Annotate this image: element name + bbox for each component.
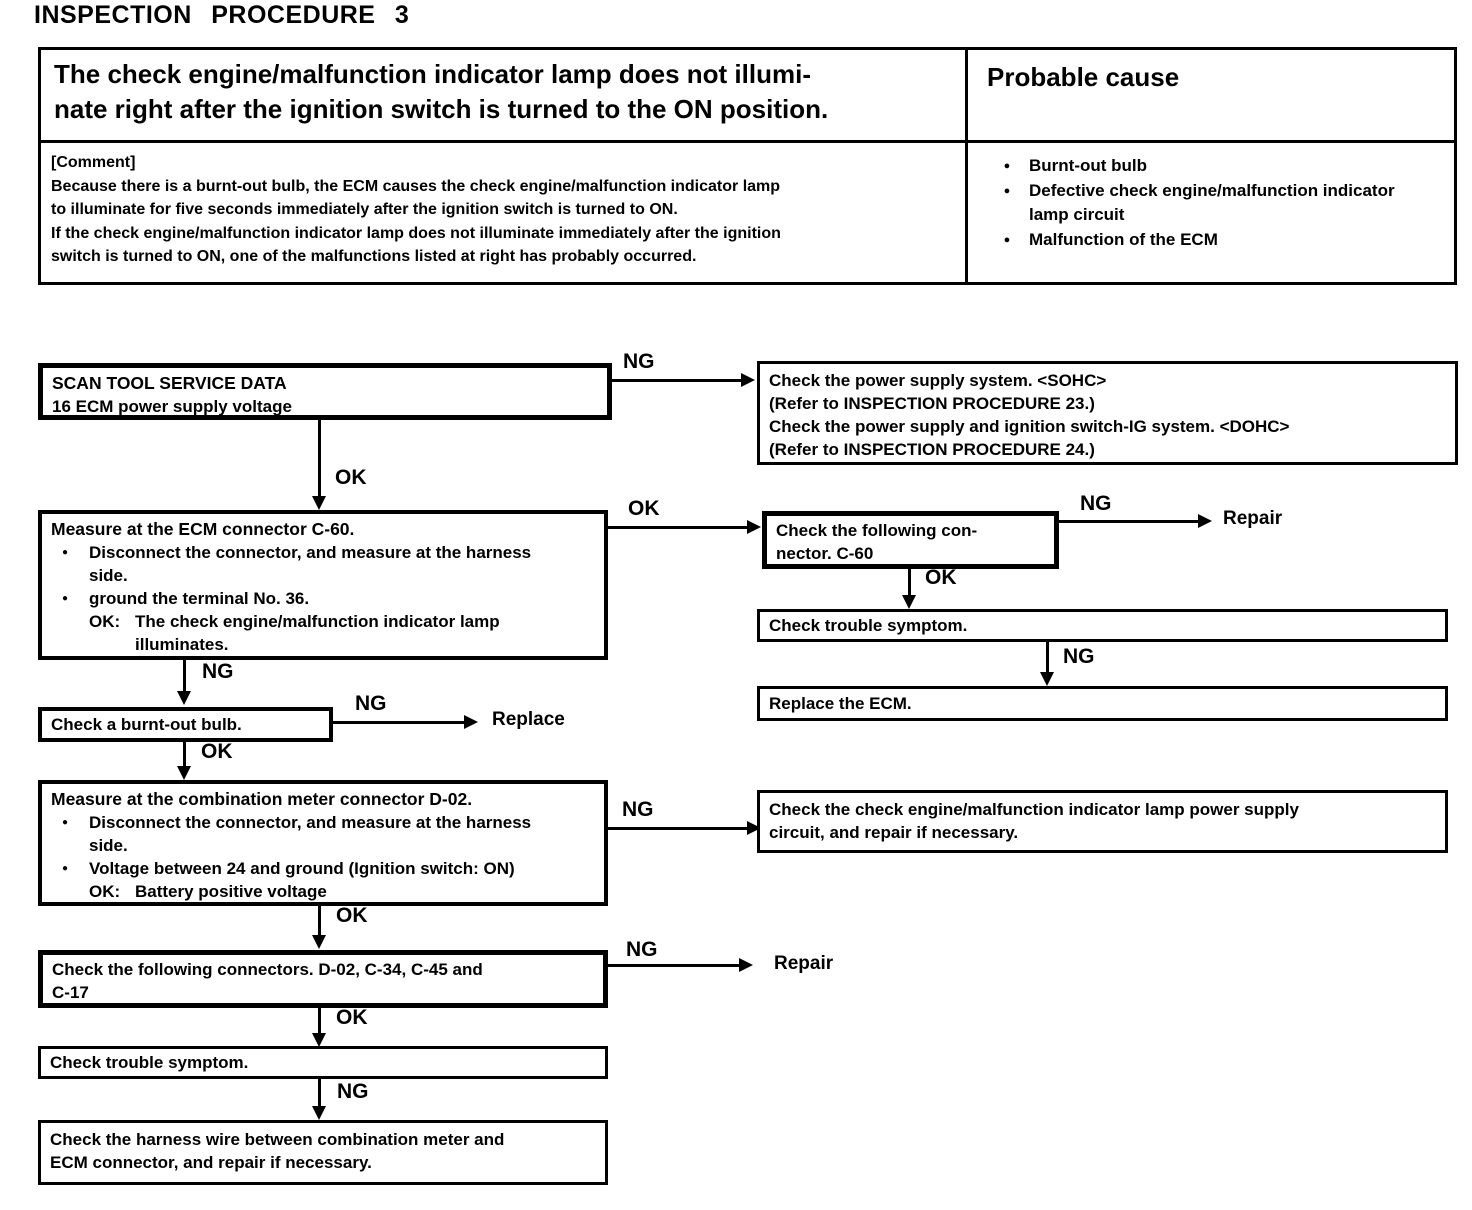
box-text: nector. C-60 <box>776 542 1045 565</box>
arrow-scan-tool-ng <box>612 379 742 382</box>
ecm-connector-measure-box: Measure at the ECM connector C-60. ● Dis… <box>38 510 608 660</box>
harness-wire-box: Check the harness wire between combinati… <box>38 1120 608 1185</box>
table-column-divider <box>965 50 968 282</box>
bullet-row: ● ground the terminal No. 36. <box>51 587 595 610</box>
replace-endpoint: Replace <box>492 709 565 731</box>
problem-statement: The check engine/malfunction indicator l… <box>54 57 954 127</box>
box-text: Check trouble symptom. <box>50 1051 596 1074</box>
repair-endpoint: Repair <box>774 953 833 975</box>
box-text: Replace the ECM. <box>769 692 1436 715</box>
ok-label: OK <box>628 497 660 521</box>
list-item: ● Defective check engine/malfunction ind… <box>985 179 1472 227</box>
box-text: Check trouble symptom. <box>769 614 1436 637</box>
bullet-icon: ● <box>51 541 82 587</box>
box-text: Check the following con- <box>776 519 1045 542</box>
connector-c60-check-box: Check the following con- nector. C-60 <box>762 511 1059 569</box>
comment-line: If the check engine/malfunction indicato… <box>51 222 959 246</box>
box-text: ECM connector, and repair if necessary. <box>50 1151 596 1174</box>
bullet-row: ● Voltage between 24 and ground (Ignitio… <box>51 857 595 880</box>
ok-condition: OK: The check engine/malfunction indicat… <box>89 610 595 656</box>
problem-line: nate right after the ignition switch is … <box>54 92 954 127</box>
box-text: 16 ECM power supply voltage <box>52 395 598 418</box>
box-title: SCAN TOOL SERVICE DATA <box>52 371 598 395</box>
box-text: circuit, and repair if necessary. <box>769 821 1436 844</box>
box-text: Check the following connectors. D-02, C-… <box>52 958 594 981</box>
arrow-scan-tool-ok <box>318 420 321 498</box>
box-text: Check a burnt-out bulb. <box>51 713 320 736</box>
manual-page: INSPECTION PROCEDURE 3 The check engine/… <box>0 0 1472 1210</box>
comment-line: Because there is a burnt-out bulb, the E… <box>51 175 959 199</box>
arrow-ecm-measure-ng <box>183 660 186 693</box>
box-title: Measure at the combination meter connect… <box>51 787 595 811</box>
arrow-symptom2-ng <box>318 1079 321 1108</box>
ok-label: OK <box>201 740 233 764</box>
problem-cause-table: The check engine/malfunction indicator l… <box>38 47 1457 285</box>
repair-endpoint: Repair <box>1223 508 1282 530</box>
arrow-bulb-ng-replace <box>333 721 465 724</box>
box-text: Voltage between 24 and ground (Ignition … <box>89 857 515 880</box>
ng-label: NG <box>623 350 655 374</box>
burnt-out-bulb-box: Check a burnt-out bulb. <box>38 707 333 742</box>
box-text: Battery positive voltage <box>135 880 327 903</box>
arrow-symptom1-ng <box>1046 642 1049 674</box>
bullet-row: ● Disconnect the connector, and measure … <box>51 811 595 857</box>
box-title: Measure at the ECM connector C-60. <box>51 517 595 541</box>
ok-condition: OK: Battery positive voltage <box>89 880 595 903</box>
arrow-meter-ok <box>318 906 321 937</box>
scan-tool-box: SCAN TOOL SERVICE DATA 16 ECM power supp… <box>38 363 612 420</box>
box-text: (Refer to INSPECTION PROCEDURE 23.) <box>769 392 1446 415</box>
probable-cause-list: ● Burnt-out bulb ● Defective check engin… <box>985 154 1472 253</box>
cause-text: Burnt-out bulb <box>1029 154 1147 178</box>
power-supply-check-box: Check the power supply system. <SOHC> (R… <box>757 361 1458 465</box>
bullet-icon: ● <box>51 587 82 610</box>
combination-meter-measure-box: Measure at the combination meter connect… <box>38 780 608 906</box>
trouble-symptom-box-2: Check trouble symptom. <box>38 1046 608 1079</box>
ng-label: NG <box>1080 492 1112 516</box>
ng-label: NG <box>337 1080 369 1104</box>
probable-cause-heading: Probable cause <box>987 62 1179 93</box>
comment-line: switch is turned to ON, one of the malfu… <box>51 245 959 269</box>
cause-text: lamp circuit <box>1029 203 1395 227</box>
cause-text: Malfunction of the ECM <box>1029 228 1218 252</box>
comment-label: [Comment] <box>51 151 959 175</box>
box-text: The check engine/malfunction indicator l… <box>135 610 500 633</box>
ng-label: NG <box>355 692 387 716</box>
bullet-icon: ● <box>51 857 82 880</box>
box-text: Check the check engine/malfunction indic… <box>769 798 1436 821</box>
box-text: Disconnect the connector, and measure at… <box>89 811 531 834</box>
arrow-connectors-ng-repair <box>608 964 740 967</box>
ok-label: OK <box>925 566 957 590</box>
box-text: Disconnect the connector, and measure at… <box>89 541 531 564</box>
cause-text: Defective check engine/malfunction indic… <box>1029 179 1395 203</box>
bullet-icon: ● <box>51 811 82 857</box>
arrow-bulb-ok <box>183 742 186 768</box>
table-row-divider <box>41 140 1454 143</box>
box-text: (Refer to INSPECTION PROCEDURE 24.) <box>769 438 1446 461</box>
bullet-icon: ● <box>985 154 1029 178</box>
box-text: Check the power supply system. <SOHC> <box>769 369 1446 392</box>
trouble-symptom-box-1: Check trouble symptom. <box>757 609 1448 642</box>
box-text: side. <box>89 564 531 587</box>
list-item: ● Malfunction of the ECM <box>985 228 1472 252</box>
replace-ecm-box: Replace the ECM. <box>757 686 1448 721</box>
bullet-icon: ● <box>985 179 1029 227</box>
box-text: ground the terminal No. 36. <box>89 587 309 610</box>
ng-label: NG <box>626 938 658 962</box>
page-title: INSPECTION PROCEDURE 3 <box>34 1 409 30</box>
bullet-row: ● Disconnect the connector, and measure … <box>51 541 595 587</box>
box-text: illuminates. <box>135 633 500 656</box>
problem-line: The check engine/malfunction indicator l… <box>54 57 954 92</box>
arrow-meter-ng <box>608 827 748 830</box>
comment-line: to illuminate for five seconds immediate… <box>51 198 959 222</box>
box-text: Check the harness wire between combinati… <box>50 1128 596 1151</box>
bullet-icon: ● <box>985 228 1029 252</box>
arrow-connectors-ok <box>318 1008 321 1035</box>
ok-condition-label: OK: <box>89 880 135 903</box>
connectors-check-box: Check the following connectors. D-02, C-… <box>38 950 608 1008</box>
ok-label: OK <box>336 904 368 928</box>
list-item: ● Burnt-out bulb <box>985 154 1472 178</box>
arrow-c60-ok <box>908 569 911 597</box>
box-text: Check the power supply and ignition swit… <box>769 415 1446 438</box>
ng-label: NG <box>202 660 234 684</box>
lamp-power-supply-box: Check the check engine/malfunction indic… <box>757 790 1448 853</box>
box-text: C-17 <box>52 981 594 1004</box>
comment-block: [Comment] Because there is a burnt-out b… <box>51 151 959 269</box>
ok-condition-label: OK: <box>89 610 135 656</box>
ng-label: NG <box>1063 645 1095 669</box>
ok-label: OK <box>335 466 367 490</box>
ng-label: NG <box>622 798 654 822</box>
arrow-ecm-measure-ok <box>608 526 748 529</box>
arrow-c60-ng-repair <box>1059 520 1199 523</box>
ok-label: OK <box>336 1006 368 1030</box>
box-text: side. <box>89 834 531 857</box>
